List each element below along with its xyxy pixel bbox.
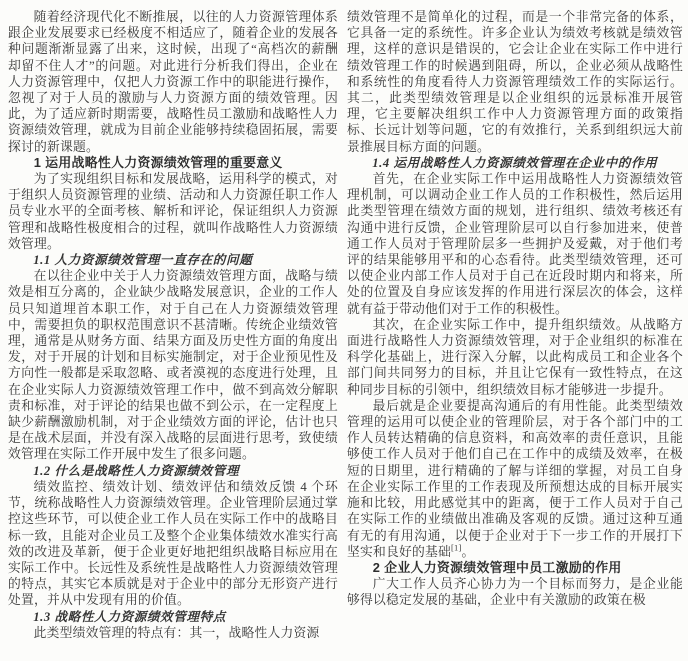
subsection-heading-1-3: 1.3 战略性人力资源绩效管理特点	[8, 609, 338, 625]
paragraph: 此类型绩效管理的特点有：其一，战略性人力资源	[8, 625, 338, 641]
subsection-heading-1-4: 1.4 运用战略性人力资源绩效管理在企业中的作用	[347, 155, 683, 171]
paragraph-text: 最后就是企业要提高沟通后的有用性能。此类型绩效管理的运用可以使企业的管理阶层，对…	[347, 399, 683, 559]
paragraph: 在以往企业中关于人力资源绩效管理方面，战略与绩效是相互分离的，企业缺少战略发展意…	[8, 268, 338, 462]
paragraph-tail: 。	[462, 545, 475, 559]
paragraph: 随着经济现代化不断推展，以往的人力资源管理体系跟企业发展要求已经极度不相适应了，…	[8, 9, 338, 155]
citation-marker: [1]	[451, 542, 462, 552]
two-column-layout: 随着经济现代化不断推展，以往的人力资源管理体系跟企业发展要求已经极度不相适应了，…	[8, 9, 683, 641]
paragraph: 广大工作人员齐心协力为一个目标而努力，是企业能够得以稳定发展的基础，企业中有关激…	[347, 576, 683, 608]
section-heading-1: 1 运用战略性人力资源绩效管理的重要意义	[8, 155, 338, 171]
paragraph: 其次，在企业实际工作中，提升组织绩效。从战略方面进行战略性人力资源绩效管理，对于…	[347, 317, 683, 398]
paragraph-with-citation: 最后就是企业要提高沟通后的有用性能。此类型绩效管理的运用可以使企业的管理阶层，对…	[347, 398, 683, 560]
subsection-heading-1-2: 1.2 什么是战略性人力资源绩效管理	[8, 463, 338, 479]
paragraph: 绩效监控、绩效计划、绩效评估和绩效反馈 4 个环节，统称战略性人力资源绩效管理。…	[8, 479, 338, 609]
document-page: 随着经济现代化不断推展，以往的人力资源管理体系跟企业发展要求已经极度不相适应了，…	[0, 0, 688, 661]
paragraph: 为了实现组织目标和发展战略，运用科学的模式，对于组织人员资源管理的业绩、活动和人…	[8, 171, 338, 252]
section-heading-2: 2 企业人力资源绩效管理中员工激励的作用	[347, 560, 683, 576]
paragraph: 首先，在企业实际工作中运用战略性人力资源绩效管理机制，可以调动企业工作人员的工作…	[347, 171, 683, 317]
left-column: 随着经济现代化不断推展，以往的人力资源管理体系跟企业发展要求已经极度不相适应了，…	[8, 9, 338, 641]
subsection-heading-1-1: 1.1 人力资源绩效管理一直存在的问题	[8, 252, 338, 268]
paragraph-continuation: 绩效管理不是简单化的过程，而是一个非常完备的体系，它具备一定的系统性。许多企业认…	[347, 9, 683, 155]
right-column: 绩效管理不是简单化的过程，而是一个非常完备的体系，它具备一定的系统性。许多企业认…	[347, 9, 683, 609]
